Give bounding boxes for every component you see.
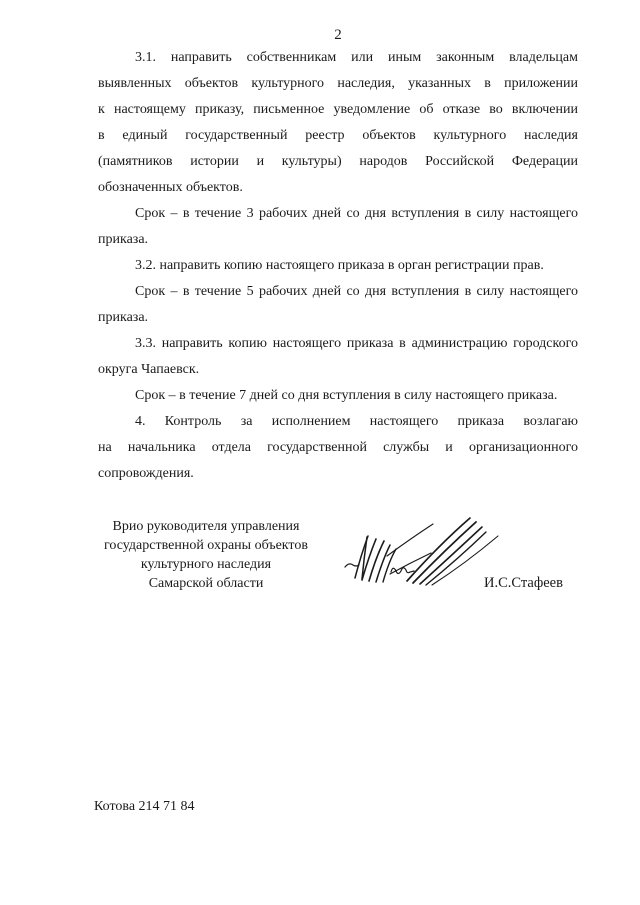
- clause-3-1-line: в единый государственный реестр объектов…: [98, 123, 578, 149]
- handwritten-signature-icon: [335, 500, 505, 595]
- term-3-days-line: Срок – в течение 3 рабочих дней со дня в…: [98, 201, 578, 227]
- signatory-position-line: государственной охраны объектов: [96, 536, 316, 555]
- term-3-days-line: приказа.: [98, 227, 578, 253]
- signatory-position-line: Самарской области: [96, 574, 316, 593]
- term-7-days-line: Срок – в течение 7 дней со дня вступлени…: [98, 383, 578, 409]
- clause-4-line: на начальника отдела государственной слу…: [98, 435, 578, 461]
- signatory-position-line: Врио руководителя управления: [96, 517, 316, 536]
- clause-3-2-line: 3.2. направить копию настоящего приказа …: [98, 253, 578, 279]
- clause-3-1-line: к настоящему приказу, письменное уведомл…: [98, 97, 578, 123]
- clause-4-line: 4. Контроль за исполнением настоящего пр…: [98, 409, 578, 435]
- clause-3-3-line: 3.3. направить копию настоящего приказа …: [98, 331, 578, 357]
- clause-3-1-line: 3.1. направить собственникам или иным за…: [98, 45, 578, 71]
- clause-3-1-line: обозначенных объектов.: [98, 175, 578, 201]
- signatory-name: И.С.Стафеев: [484, 575, 563, 592]
- clause-3-1-line: (памятников истории и культуры) народов …: [98, 149, 578, 175]
- clause-4-line: сопровождения.: [98, 461, 578, 487]
- term-5-days-line: Срок – в течение 5 рабочих дней со дня в…: [98, 279, 578, 305]
- signatory-position: Врио руководителя управления государстве…: [96, 517, 316, 593]
- executor-contact: Котова 214 71 84: [94, 797, 195, 817]
- page-number: 2: [98, 27, 578, 44]
- order-body-text: 3.1. направить собственникам или иным за…: [98, 45, 578, 487]
- clause-3-1-line: выявленных объектов культурного наследия…: [98, 71, 578, 97]
- term-5-days-line: приказа.: [98, 305, 578, 331]
- signatory-position-line: культурного наследия: [96, 555, 316, 574]
- clause-3-3-line: округа Чапаевск.: [98, 357, 578, 383]
